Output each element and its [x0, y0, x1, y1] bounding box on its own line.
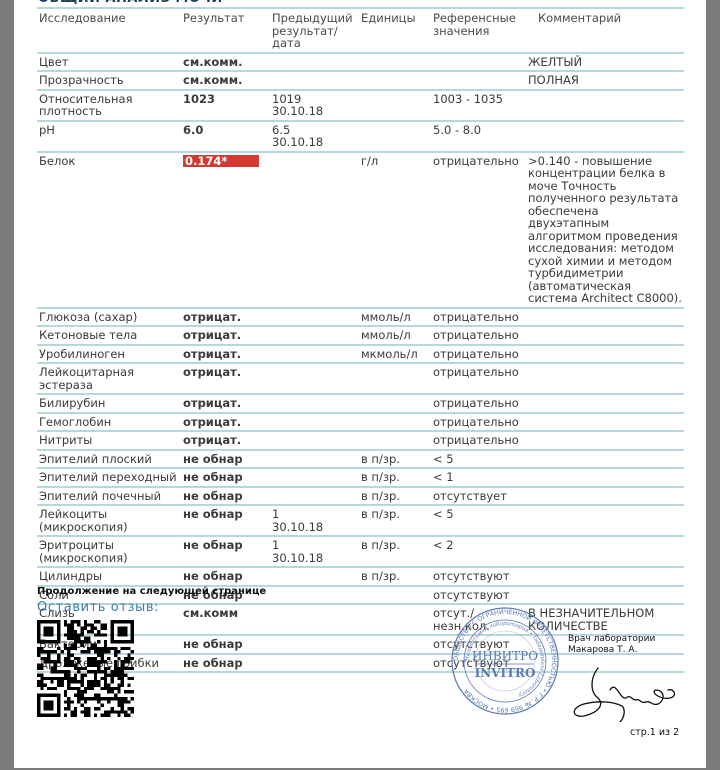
test-units: в п/зр. — [359, 505, 431, 536]
reference-range: < 1 — [431, 468, 526, 487]
test-units: ммоль/л — [359, 326, 431, 345]
test-units — [359, 90, 431, 121]
table-row: Глюкоза (сахар)отрицат.ммоль/лотрицатель… — [37, 308, 684, 327]
reference-range: отрицательно — [431, 345, 526, 364]
table-row: Лейкоцитарная эстеразаотрицат.отрицатель… — [37, 363, 684, 394]
doctor-title: Врач лаборатории — [568, 634, 655, 645]
test-comment — [526, 586, 684, 605]
reference-range: отрицательно — [431, 326, 526, 345]
table-header: Исследование Результат Предыдущий резуль… — [37, 8, 684, 53]
reference-range: отрицательно — [431, 394, 526, 413]
previous-result — [270, 53, 359, 72]
test-name: Эритроциты (микроскопия) — [37, 536, 181, 567]
header-reference: Референсные значения — [431, 8, 526, 53]
previous-result — [270, 450, 359, 469]
previous-value: 1 — [272, 508, 357, 521]
reference-range: < 5 — [431, 505, 526, 536]
invitro-stamp-icon: ОБЩЕСТВО С ОГРАНИЧЕННОЙ ОТВЕТСТВЕННОСТЬЮ… — [450, 606, 560, 716]
test-comment — [526, 90, 684, 121]
test-result: отрицат. — [181, 326, 270, 345]
previous-result — [270, 487, 359, 506]
results-table: Исследование Результат Предыдущий резуль… — [37, 7, 684, 673]
test-units: в п/зр. — [359, 567, 431, 586]
test-units — [359, 71, 431, 90]
table-row: Эпителий переходныйне обнарв п/зр.< 1 — [37, 468, 684, 487]
table-row: Цилиндрыне обнарв п/зр.отсутствуют — [37, 567, 684, 586]
test-result: 1023 — [181, 90, 270, 121]
reference-range — [431, 53, 526, 72]
test-units — [359, 604, 431, 635]
test-name: Лейкоцитарная эстераза — [37, 363, 181, 394]
previous-result — [270, 71, 359, 90]
reference-range: 5.0 - 8.0 — [431, 121, 526, 152]
table-row: Нитритыотрицат.отрицательно — [37, 431, 684, 450]
reference-range: отрицательно — [431, 431, 526, 450]
table-row: Лейкоциты (микроскопия)не обнар130.10.18… — [37, 505, 684, 536]
test-result: отрицат. — [181, 308, 270, 327]
reference-range: отрицательно — [431, 413, 526, 432]
test-name: Относительная плотность — [37, 90, 181, 121]
doctor-block: Врач лаборатории Макарова Т. А. — [568, 634, 655, 656]
test-units: в п/зр. — [359, 536, 431, 567]
test-name: Эпителий переходный — [37, 468, 181, 487]
test-result: отрицат. — [181, 431, 270, 450]
test-name: pH — [37, 121, 181, 152]
test-name: Цвет — [37, 53, 181, 72]
previous-result: 101930.10.18 — [270, 90, 359, 121]
test-result: не обнар — [181, 536, 270, 567]
test-name: Глюкоза (сахар) — [37, 308, 181, 327]
test-units: в п/зр. — [359, 487, 431, 506]
test-result: отрицат. — [181, 394, 270, 413]
previous-result — [270, 567, 359, 586]
test-comment — [526, 326, 684, 345]
test-comment — [526, 345, 684, 364]
test-comment — [526, 505, 684, 536]
previous-result — [270, 431, 359, 450]
abnormal-result-badge: 0.174* — [183, 155, 259, 168]
previous-result — [270, 468, 359, 487]
test-result: отрицат. — [181, 345, 270, 364]
test-name: Лейкоциты (микроскопия) — [37, 505, 181, 536]
test-units — [359, 413, 431, 432]
test-units — [359, 586, 431, 605]
reference-range: отсутствуют — [431, 586, 526, 605]
test-result: отрицат. — [181, 363, 270, 394]
header-units: Единицы — [359, 8, 431, 53]
test-comment — [526, 413, 684, 432]
test-comment: >0.140 - повышение концентрации белка в … — [526, 152, 684, 308]
test-name: Эпителий плоский — [37, 450, 181, 469]
test-units — [359, 654, 431, 673]
doctor-name: Макарова Т. А. — [568, 645, 655, 656]
reference-range: отсутствуют — [431, 567, 526, 586]
test-result: не обнар — [181, 635, 270, 654]
continuation-note: Продолжение на следующей странице — [37, 586, 266, 597]
previous-result — [270, 604, 359, 635]
test-comment — [526, 487, 684, 506]
results-body: Цветсм.комм.ЖЕЛТЫЙПрозрачностьсм.комм.ПО… — [37, 53, 684, 673]
test-comment — [526, 394, 684, 413]
test-units — [359, 53, 431, 72]
reference-range: отрицательно — [431, 363, 526, 394]
table-row: Гемоглобинотрицат.отрицательно — [37, 413, 684, 432]
svg-text:INVITRO: INVITRO — [475, 666, 536, 680]
table-row: Уробилиногенотрицат.мкмоль/лотрицательно — [37, 345, 684, 364]
previous-result — [270, 345, 359, 364]
test-comment — [526, 567, 684, 586]
previous-result — [270, 363, 359, 394]
test-result: отрицат. — [181, 413, 270, 432]
section-title: ОБЩИЙ АНАЛИЗ МОЧИ — [38, 0, 223, 6]
test-units: в п/зр. — [359, 468, 431, 487]
test-comment — [526, 536, 684, 567]
test-result: не обнар — [181, 654, 270, 673]
test-comment — [526, 468, 684, 487]
previous-result — [270, 308, 359, 327]
previous-date: 30.10.18 — [272, 105, 357, 118]
test-result: не обнар — [181, 505, 270, 536]
reference-range: отрицательно — [431, 152, 526, 308]
table-row: Прозрачностьсм.комм.ПОЛНАЯ — [37, 71, 684, 90]
test-units — [359, 635, 431, 654]
test-units — [359, 121, 431, 152]
page-number: стр.1 из 2 — [630, 727, 679, 738]
test-comment — [526, 121, 684, 152]
previous-result: 130.10.18 — [270, 505, 359, 536]
header-previous: Предыдущий результат/дата — [270, 8, 359, 53]
table-row: Эритроциты (микроскопия)не обнар130.10.1… — [37, 536, 684, 567]
signature-icon — [570, 660, 690, 722]
test-result: не обнар — [181, 487, 270, 506]
reference-range: < 2 — [431, 536, 526, 567]
test-name: Гемоглобин — [37, 413, 181, 432]
test-name: Цилиндры — [37, 567, 181, 586]
test-result: 0.174* — [181, 152, 270, 308]
test-name: Белок — [37, 152, 181, 308]
previous-result — [270, 586, 359, 605]
test-units — [359, 394, 431, 413]
previous-date: 30.10.18 — [272, 521, 357, 534]
header-test: Исследование — [37, 8, 181, 53]
test-name: Прозрачность — [37, 71, 181, 90]
reference-range: отсутствует — [431, 487, 526, 506]
previous-result — [270, 413, 359, 432]
previous-result — [270, 635, 359, 654]
test-result: 6.0 — [181, 121, 270, 152]
test-result: см.комм. — [181, 71, 270, 90]
test-comment — [526, 363, 684, 394]
test-result: см.комм — [181, 604, 270, 635]
table-row: Цветсм.комм.ЖЕЛТЫЙ — [37, 53, 684, 72]
test-name: Уробилиноген — [37, 345, 181, 364]
table-row: pH6.06.530.10.185.0 - 8.0 — [37, 121, 684, 152]
previous-result: 6.530.10.18 — [270, 121, 359, 152]
test-units: г/л — [359, 152, 431, 308]
table-row: Относительная плотность1023101930.10.181… — [37, 90, 684, 121]
test-comment: ЖЕЛТЫЙ — [526, 53, 684, 72]
test-result: см.комм. — [181, 53, 270, 72]
test-comment — [526, 431, 684, 450]
reference-range: < 5 — [431, 450, 526, 469]
test-name: Эпителий почечный — [37, 487, 181, 506]
table-row: Билирубинотрицат.отрицательно — [37, 394, 684, 413]
test-units — [359, 431, 431, 450]
previous-result: 130.10.18 — [270, 536, 359, 567]
test-result: не обнар — [181, 468, 270, 487]
previous-value: 1 — [272, 539, 357, 552]
table-row: Белок0.174*г/лотрицательно>0.140 - повыш… — [37, 152, 684, 308]
previous-result — [270, 654, 359, 673]
feedback-label: Оставить отзыв: — [37, 600, 159, 615]
reference-range: 1003 - 1035 — [431, 90, 526, 121]
test-units: в п/зр. — [359, 450, 431, 469]
test-units: ммоль/л — [359, 308, 431, 327]
table-row: Эпителий почечныйне обнарв п/зр.отсутств… — [37, 487, 684, 506]
previous-result — [270, 152, 359, 308]
svg-text:ИНВИТРО: ИНВИТРО — [472, 649, 538, 663]
test-comment: ПОЛНАЯ — [526, 71, 684, 90]
reference-range: отрицательно — [431, 308, 526, 327]
test-units: мкмоль/л — [359, 345, 431, 364]
table-row: Кетоновые телаотрицат.ммоль/лотрицательн… — [37, 326, 684, 345]
table-row: Эпителий плоскийне обнарв п/зр.< 5 — [37, 450, 684, 469]
test-result: не обнар — [181, 450, 270, 469]
test-name: Кетоновые тела — [37, 326, 181, 345]
test-result: не обнар — [181, 567, 270, 586]
feedback-qr-code[interactable] — [37, 620, 134, 717]
previous-date: 30.10.18 — [272, 136, 357, 149]
previous-result — [270, 326, 359, 345]
reference-range — [431, 71, 526, 90]
previous-date: 30.10.18 — [272, 552, 357, 565]
test-name: Билирубин — [37, 394, 181, 413]
header-comment: Комментарий — [526, 8, 684, 53]
header-result: Результат — [181, 8, 270, 53]
test-name: Нитриты — [37, 431, 181, 450]
test-comment — [526, 308, 684, 327]
test-comment — [526, 450, 684, 469]
report-page: ОБЩИЙ АНАЛИЗ МОЧИ Исследование Результат… — [14, 0, 706, 768]
previous-result — [270, 394, 359, 413]
test-units — [359, 363, 431, 394]
